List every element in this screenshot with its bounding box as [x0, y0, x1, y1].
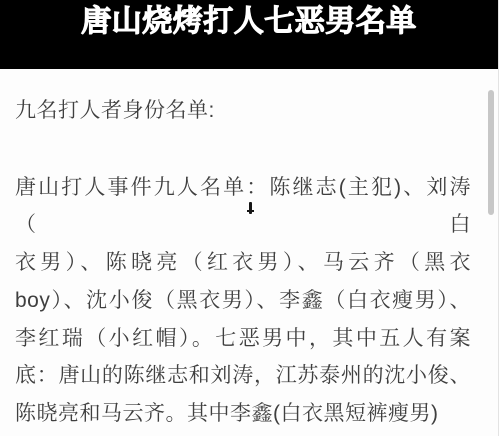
article-body: 九名打人者身份名单: 唐山打人事件九人名单：陈继志(主犯)、刘涛（白 衣男）、陈… — [15, 69, 471, 433]
paragraph-line: 底：唐山的陈继志和刘涛，江苏泰州的沈小俊、 — [15, 357, 471, 395]
title-banner: 唐山烧烤打人七恶男名单 — [0, 0, 498, 69]
intro-line: 九名打人者身份名单: — [15, 92, 471, 130]
scrollbar-thumb[interactable] — [488, 90, 494, 215]
paragraph-line: boy）、沈小俊（黑衣男）、李鑫（白衣瘦男）、 — [15, 282, 471, 320]
paragraph-line: 李红瑞（小红帽）。七恶男中，其中五人有案 — [15, 320, 471, 358]
page-title: 唐山烧烤打人七恶男名单 — [81, 2, 417, 42]
paragraph-line: 唐山打人事件九人名单：陈继志(主犯)、刘涛（白 — [15, 169, 471, 244]
article-page: 唐山烧烤打人七恶男名单 九名打人者身份名单: 唐山打人事件九人名单：陈继志(主犯… — [0, 0, 499, 436]
paragraph-line: 衣男）、陈晓亮（红衣男）、马云齐（黑衣 — [15, 244, 471, 282]
name-list-paragraph: 唐山打人事件九人名单：陈继志(主犯)、刘涛（白 衣男）、陈晓亮（红衣男）、马云齐… — [15, 169, 471, 433]
cursor-artifact — [249, 202, 252, 214]
scrollbar[interactable] — [484, 69, 498, 436]
paragraph-line: 陈晓亮和马云齐。其中李鑫(白衣黑短裤瘦男) — [15, 395, 471, 433]
